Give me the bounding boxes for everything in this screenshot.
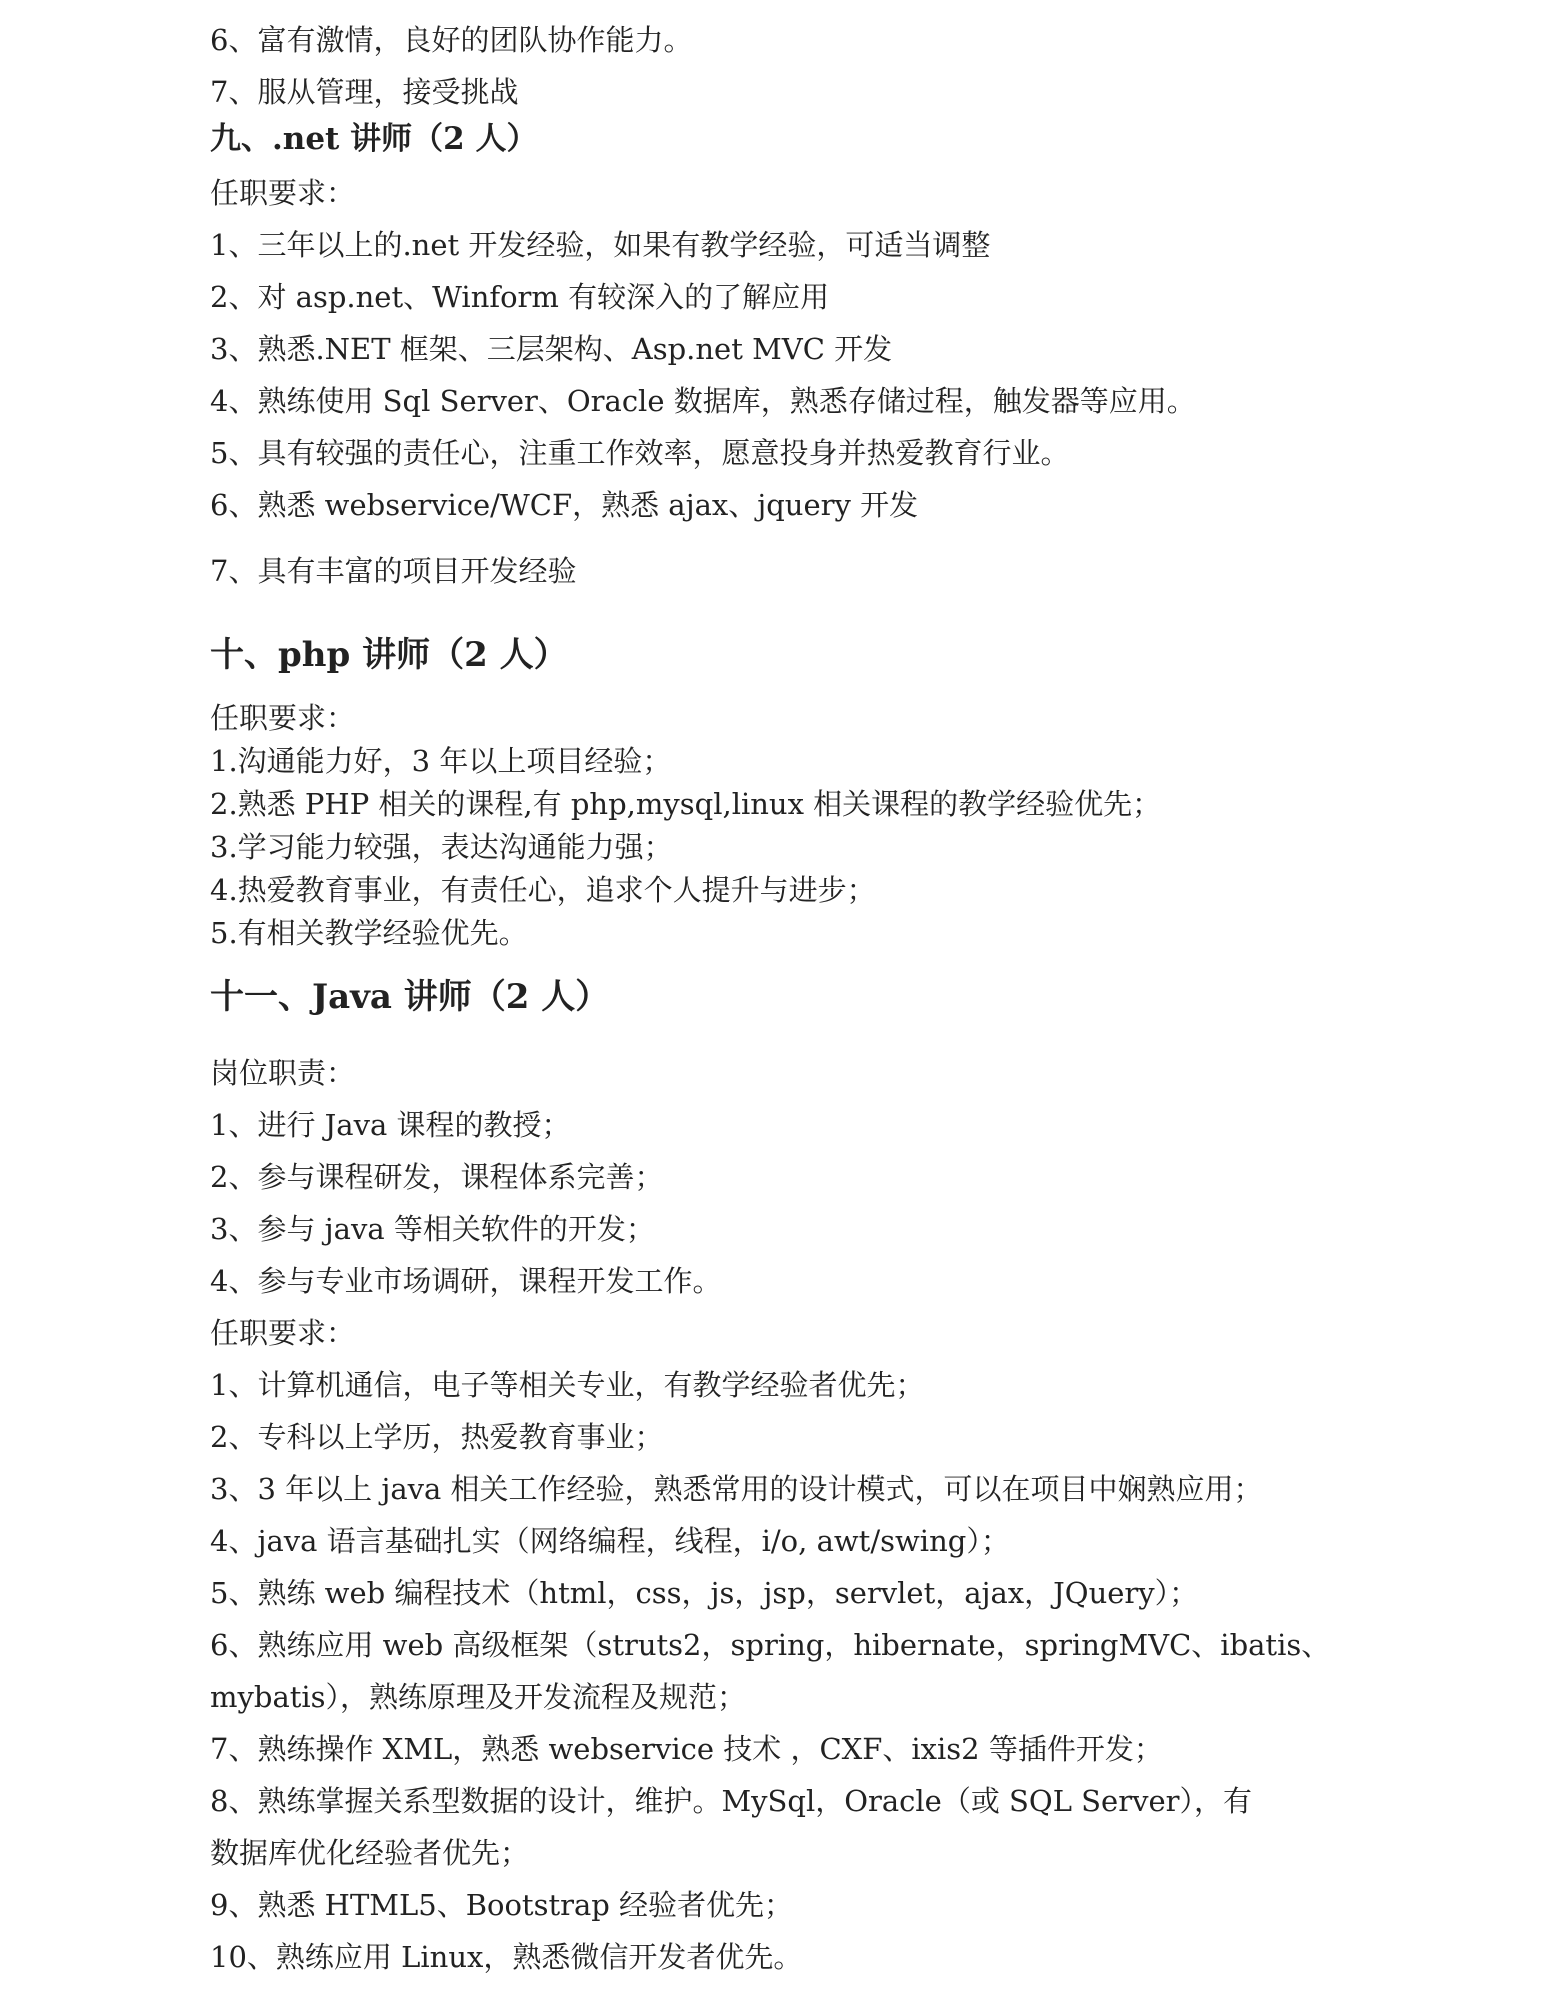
list-item-continuation: 数据库优化经验者优先； — [210, 1835, 529, 1871]
list-item: 1、进行 Java 课程的教授； — [210, 1107, 570, 1143]
list-item: 6、熟悉 webservice/WCF，熟悉 ajax、jquery 开发 — [210, 487, 918, 523]
duties-label: 岗位职责： — [210, 1055, 355, 1091]
list-item: 7、具有丰富的项目开发经验 — [210, 553, 576, 589]
list-item: 6、熟练应用 web 高级框架（struts2，spring，hibernate… — [210, 1627, 1330, 1663]
list-item: 1.沟通能力好，3 年以上项目经验； — [210, 743, 671, 779]
section-heading-java: 十一、Java 讲师（2 人） — [210, 976, 609, 1018]
section-heading-php: 十、php 讲师（2 人） — [210, 634, 568, 676]
list-item: 2、对 asp.net、Winform 有较深入的了解应用 — [210, 279, 829, 315]
list-item: 4、java 语言基础扎实（网络编程，线程，i/o, awt/swing）； — [210, 1523, 1010, 1559]
list-item: 9、熟悉 HTML5、Bootstrap 经验者优先； — [210, 1887, 793, 1923]
list-item: 5、熟练 web 编程技术（html，css，js，jsp，servlet，aj… — [210, 1575, 1198, 1611]
list-item: 6、富有激情，良好的团队协作能力。 — [210, 22, 692, 58]
list-item: 3、3 年以上 java 相关工作经验，熟悉常用的设计模式，可以在项目中娴熟应用… — [210, 1471, 1263, 1507]
list-item: 2、专科以上学历，热爱教育事业； — [210, 1419, 663, 1455]
list-item: 1、三年以上的.net 开发经验，如果有教学经验，可适当调整 — [210, 227, 990, 263]
requirements-label: 任职要求： — [210, 700, 355, 736]
list-item: 8、熟练掌握关系型数据的设计，维护。MySql，Oracle（或 SQL Ser… — [210, 1783, 1252, 1819]
list-item: 7、服从管理，接受挑战 — [210, 74, 518, 110]
list-item: 3.学习能力较强，表达沟通能力强； — [210, 829, 673, 865]
requirements-label: 任职要求： — [210, 175, 355, 211]
list-item: 3、参与 java 等相关软件的开发； — [210, 1211, 655, 1247]
section-heading-net: 九、.net 讲师（2 人） — [210, 118, 538, 160]
list-item: 2.熟悉 PHP 相关的课程,有 php,mysql,linux 相关课程的教学… — [210, 786, 1161, 822]
list-item: 4、熟练使用 Sql Server、Oracle 数据库，熟悉存储过程，触发器等… — [210, 383, 1196, 419]
list-item-continuation: mybatis），熟练原理及开发流程及规范； — [210, 1679, 746, 1715]
list-item: 7、熟练操作 XML，熟悉 webservice 技术 ，CXF、ixis2 等… — [210, 1731, 1163, 1767]
list-item: 1、计算机通信，电子等相关专业，有教学经验者优先； — [210, 1367, 924, 1403]
requirements-label: 任职要求： — [210, 1315, 355, 1351]
list-item: 5、具有较强的责任心，注重工作效率，愿意投身并热爱教育行业。 — [210, 435, 1069, 471]
list-item: 3、熟悉.NET 框架、三层架构、Asp.net MVC 开发 — [210, 331, 892, 367]
list-item: 10、熟练应用 Linux，熟悉微信开发者优先。 — [210, 1939, 802, 1975]
list-item: 2、参与课程研发，课程体系完善； — [210, 1159, 663, 1195]
list-item: 4、参与专业市场调研，课程开发工作。 — [210, 1263, 721, 1299]
list-item: 4.热爱教育事业，有责任心，追求个人提升与进步； — [210, 872, 876, 908]
list-item: 5.有相关教学经验优先。 — [210, 915, 528, 951]
